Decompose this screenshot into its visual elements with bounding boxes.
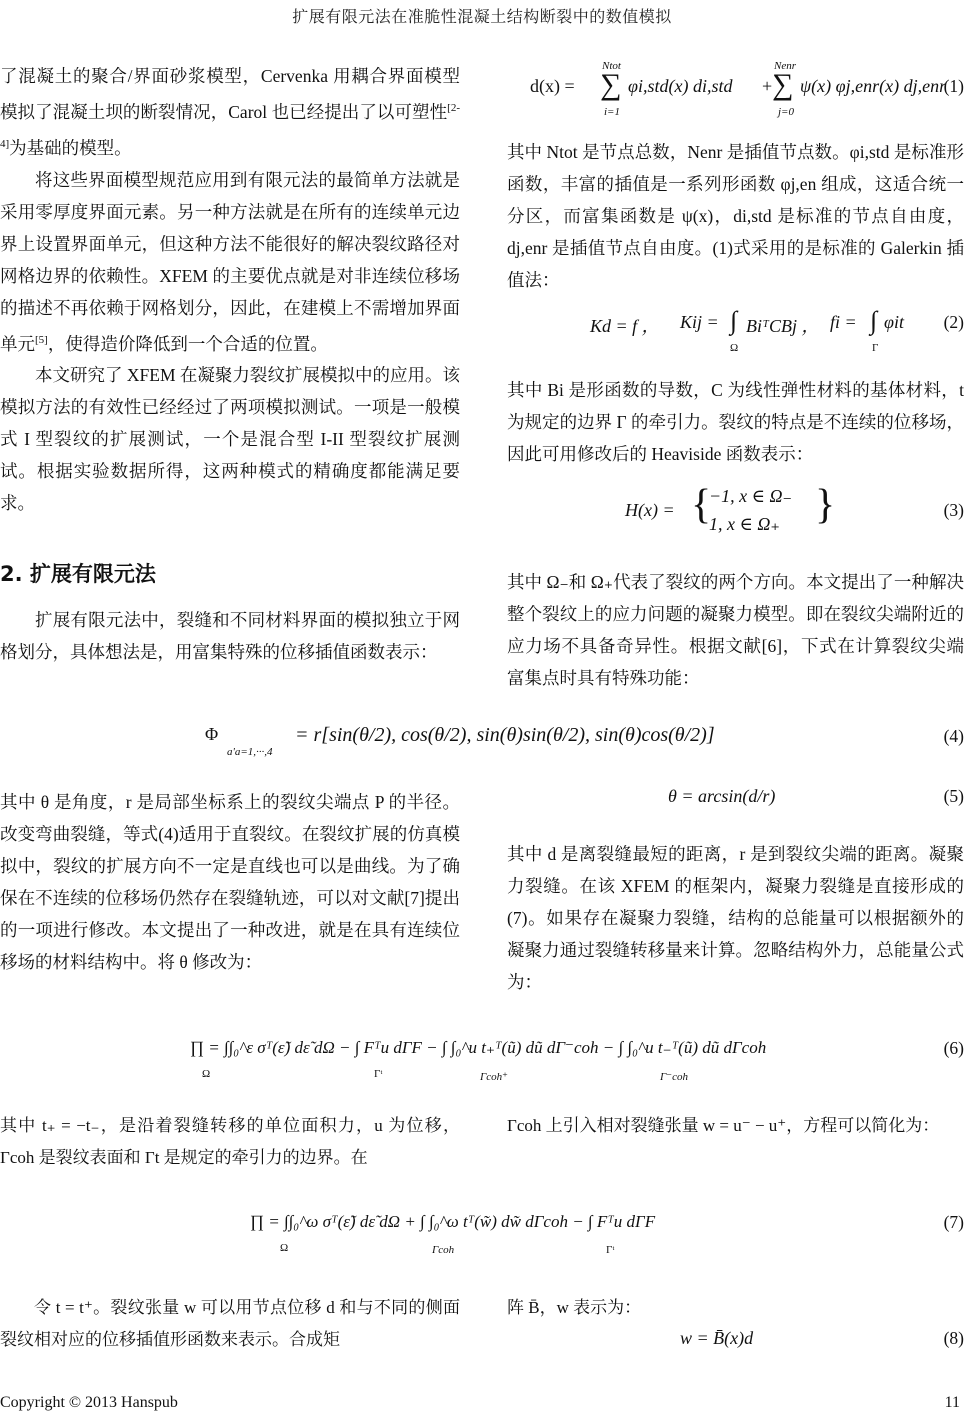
paragraph: 扩展有限元法中，裂缝和不同材料界面的模拟独立于网格划分，具体想法是，用富集特殊的… [0, 604, 460, 668]
equation-8: w = B̄(x)d (8) [680, 1328, 964, 1358]
right-column-para-1: 其中 Ntot 是节点总数，Nenr 是插值节点数。φi,std 是标准形函数，… [507, 136, 964, 296]
left-column-para-7: 令 t = t⁺。裂纹张量 w 可以用节点位移 d 和与不同的侧面裂纹相对应的位… [0, 1292, 460, 1356]
right-column-para-3: 其中 Ω₋和 Ω₊代表了裂纹的两个方向。本文提出了一种解决整个裂纹上的应力问题的… [507, 566, 964, 694]
left-column-upper: 了混凝土的聚合/界面砂浆模型，Cervenka 用耦合界面模型模拟了混凝土坝的断… [0, 60, 460, 519]
equation-3: H(x) = { −1, x ∈ Ω₋ 1, x ∈ Ω₊ } (3) [625, 482, 964, 542]
paragraph: 令 t = t⁺。裂纹张量 w 可以用节点位移 d 和与不同的侧面裂纹相对应的位… [0, 1292, 460, 1356]
paragraph: 其中 t₊ = −t₋，是沿着裂缝转移的单位面积力，u 为位移，Γcoh 是裂纹… [0, 1110, 460, 1174]
right-column-para-6: 阵 B̄，w 表示为： [507, 1292, 964, 1324]
paragraph: 本文研究了 XFEM 在凝聚力裂纹扩展模拟中的应用。该模拟方法的有效性已经经过了… [0, 359, 460, 519]
paragraph: 阵 B̄，w 表示为： [507, 1292, 964, 1324]
equation-1: d(x) = ∑ Ntot i=1 φi,std(x) di,std + ∑ N… [530, 60, 964, 120]
right-column-para-5: Γcoh 上引入相对裂缝张量 w = u⁻ − u⁺，方程可以简化为： [507, 1110, 964, 1142]
running-title: 扩展有限元法在准脆性混凝土结构断裂中的数值模拟 [0, 4, 964, 27]
paragraph: 其中 Bi 是形函数的导数，C 为线性弹性材料的基体材料，t 为规定的边界 Γ … [507, 374, 964, 470]
equation-6: ∏ = ∫∫₀^ε σᵀ(ε̃) dε̃ dΩ − ∫ Fᵀu dΓF − ∫ … [190, 1036, 964, 1086]
equation-2: Kd = f ， Kij = ∫ Ω BiᵀCBj ， fi = ∫ Γ φit… [590, 312, 964, 360]
paragraph: 其中 θ 是角度，r 是局部坐标系上的裂纹尖端点 P 的半径。改变弯曲裂缝，等式… [0, 786, 460, 978]
section-heading: 2. 扩展有限元法 [0, 558, 156, 588]
right-column-para-2: 其中 Bi 是形函数的导数，C 为线性弹性材料的基体材料，t 为规定的边界 Γ … [507, 374, 964, 470]
paragraph: 了混凝土的聚合/界面砂浆模型，Cervenka 用耦合界面模型模拟了混凝土坝的断… [0, 60, 460, 164]
equation-5: θ = arcsin(d/r) (5) [668, 786, 964, 816]
paragraph: 其中 Ω₋和 Ω₊代表了裂纹的两个方向。本文提出了一种解决整个裂纹上的应力问题的… [507, 566, 964, 694]
paragraph: Γcoh 上引入相对裂缝张量 w = u⁻ − u⁺，方程可以简化为： [507, 1110, 964, 1142]
copyright-notice: Copyright © 2013 Hanspub [0, 1394, 178, 1412]
right-column-para-4: 其中 d 是离裂缝最短的距离，r 是到裂纹尖端的距离。凝聚力裂缝。在该 XFEM… [507, 838, 964, 998]
equation-4: Φ a'a=1,···,4 = r[sin(θ/2), cos(θ/2), si… [205, 722, 964, 762]
paragraph: 其中 d 是离裂缝最短的距离，r 是到裂纹尖端的距离。凝聚力裂缝。在该 XFEM… [507, 838, 964, 998]
paragraph: 将这些界面模型规范应用到有限元法的最简单方法就是采用零厚度界面元素。另一种方法就… [0, 164, 460, 360]
page-number: 11 [945, 1394, 960, 1412]
left-column-section-intro: 扩展有限元法中，裂缝和不同材料界面的模拟独立于网格划分，具体想法是，用富集特殊的… [0, 604, 460, 668]
left-column-para-6: 其中 t₊ = −t₋，是沿着裂缝转移的单位面积力，u 为位移，Γcoh 是裂纹… [0, 1110, 460, 1174]
paragraph: 其中 Ntot 是节点总数，Nenr 是插值节点数。φi,std 是标准形函数，… [507, 136, 964, 296]
left-column-para-5: 其中 θ 是角度，r 是局部坐标系上的裂纹尖端点 P 的半径。改变弯曲裂缝，等式… [0, 786, 460, 978]
equation-7: ∏ = ∫∫₀^ω σᵀ(ε̃) dε̃ dΩ + ∫ ∫₀^ω tᵀ(w̃) … [250, 1210, 964, 1260]
